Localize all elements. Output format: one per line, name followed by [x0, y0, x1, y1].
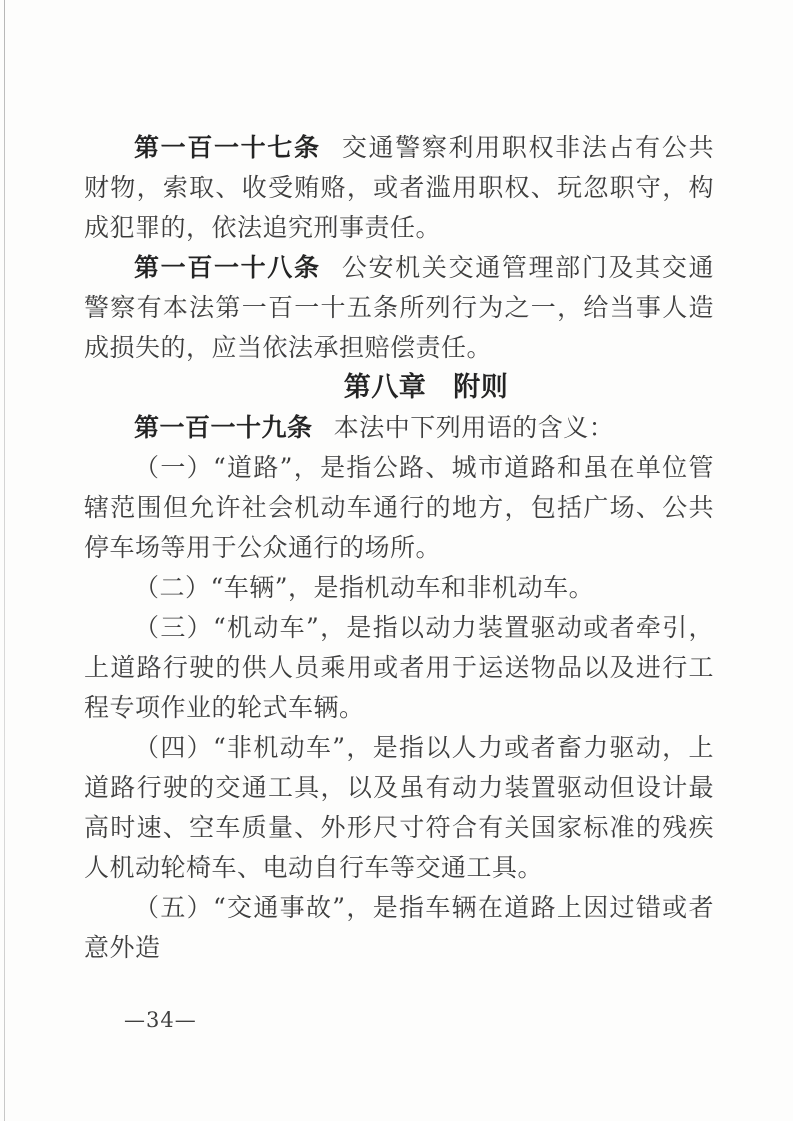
scanned-document-page: { "document": { "articles": [ { "label":… — [0, 0, 793, 1121]
definition-item-1: （一）“道路”，是指公路、城市道路和虽在单位管辖范围但允许社会机动车通行的地方，… — [84, 448, 714, 568]
article-118-label: 第一百一十八条 — [134, 253, 321, 282]
article-119-label: 第一百一十九条 — [134, 413, 313, 442]
definition-item-3: （三）“机动车”，是指以动力装置驱动或者牵引，上道路行驶的供人员乘用或者用于运送… — [84, 608, 714, 728]
chapter-number: 第八章 — [344, 372, 427, 403]
article-119-paragraph: 第一百一十九条本法中下列用语的含义： — [84, 408, 714, 448]
definition-item-4-text: （四）“非机动车”，是指以人力或者畜力驱动，上道路行驶的交通工具，以及虽有动力装… — [84, 733, 714, 882]
article-117-paragraph: 第一百一十七条交通警察利用职权非法占有公共财物，索取、收受贿赂，或者滥用职权、玩… — [84, 128, 714, 248]
definition-item-1-text: （一）“道路”，是指公路、城市道路和虽在单位管辖范围但允许社会机动车通行的地方，… — [84, 453, 714, 562]
definition-item-5: （五）“交通事故”，是指车辆在道路上因过错或者意外造 — [84, 888, 714, 968]
article-118-paragraph: 第一百一十八条公安机关交通管理部门及其交通警察有本法第一百一十五条所列行为之一，… — [84, 248, 714, 368]
definition-item-2: （二）“车辆”，是指机动车和非机动车。 — [84, 568, 714, 608]
definition-item-4: （四）“非机动车”，是指以人力或者畜力驱动，上道路行驶的交通工具，以及虽有动力装… — [84, 728, 714, 888]
definition-item-2-text: （二）“车辆”，是指机动车和非机动车。 — [134, 573, 594, 602]
definition-item-5-text: （五）“交通事故”，是指车辆在道路上因过错或者意外造 — [84, 893, 714, 962]
definition-item-3-text: （三）“机动车”，是指以动力装置驱动或者牵引，上道路行驶的供人员乘用或者用于运送… — [84, 613, 714, 722]
left-scan-artifact-line — [4, 0, 5, 1121]
document-body: 第一百一十七条交通警察利用职权非法占有公共财物，索取、收受贿赂，或者滥用职权、玩… — [84, 128, 714, 968]
chapter-title: 附则 — [453, 372, 508, 403]
article-117-label: 第一百一十七条 — [134, 133, 321, 162]
page-number: —34— — [124, 1008, 197, 1032]
chapter-8-heading: 第八章附则 — [84, 368, 714, 408]
article-119-text: 本法中下列用语的含义： — [334, 413, 615, 442]
